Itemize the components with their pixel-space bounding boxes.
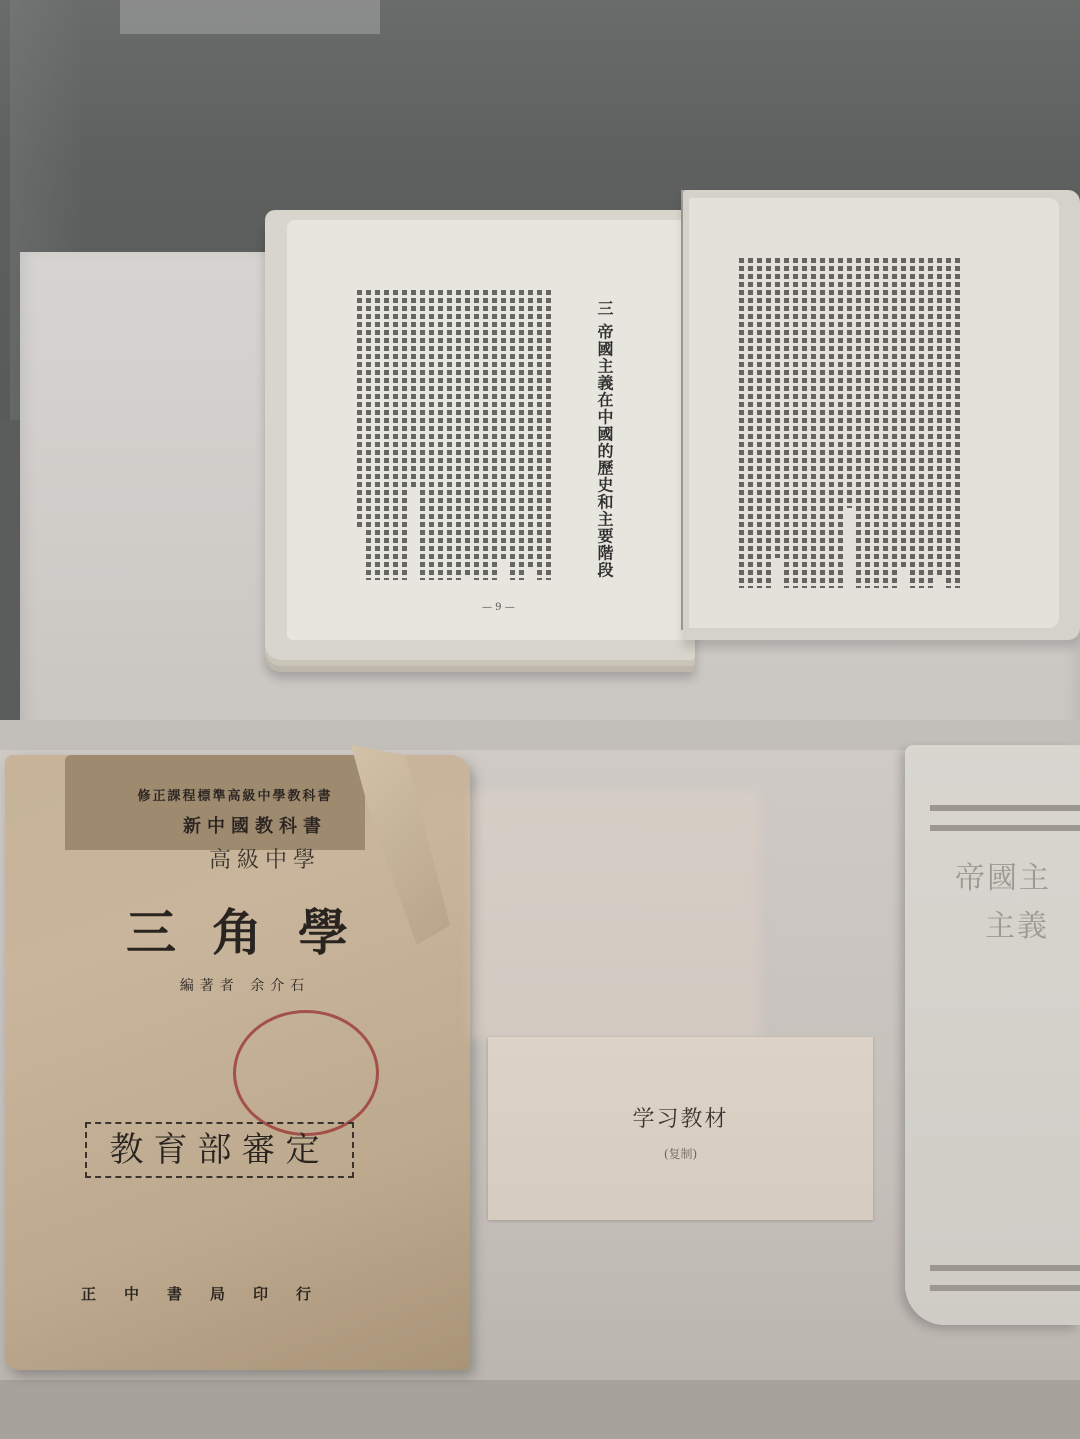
display-case-scene: 三 帝國主義在中國的歷史和主要階段 — 9 — 修正課程標準高級中學教科書 新中… [0, 0, 1080, 1439]
cover-stripe [930, 1285, 1080, 1291]
base-bottom-edge [0, 1380, 1080, 1439]
right-book-title-line1: 帝國主 [955, 855, 1080, 903]
series-line: 修正課程標準高級中學教科書 [105, 785, 365, 804]
exhibit-label-card: 学习教材 (复制) [488, 1037, 873, 1220]
right-book-title: 帝國主 主義 [955, 855, 1080, 951]
open-book: 三 帝國主義在中國的歷史和主要階段 — 9 — [265, 190, 1080, 660]
right-page [689, 198, 1059, 628]
right-book-title-line2: 主義 [955, 903, 1080, 951]
author-line: 編著者 余介石 [145, 975, 345, 995]
left-page: 三 帝國主義在中國的歷史和主要階段 — 9 — [287, 220, 695, 640]
approval-box: 教育部審定 [85, 1122, 354, 1178]
glass-reflection [120, 0, 380, 34]
printer-line: 正中書局印行 [80, 1283, 340, 1304]
cover-stripe [930, 1265, 1080, 1271]
cover-stripe [930, 825, 1080, 831]
right-page-text [739, 258, 960, 588]
book-title: 三角學 [125, 893, 385, 965]
glass-glare [470, 790, 760, 1040]
red-seal-stamp [233, 1010, 379, 1136]
page-number: — 9 — [482, 602, 515, 613]
left-page-stack: 三 帝國主義在中國的歷史和主要階段 — 9 — [265, 210, 695, 660]
label-subtitle: (复制) [488, 1145, 873, 1162]
school-level: 高級中學 [165, 843, 365, 874]
right-partial-book: 帝國主 主義 [905, 745, 1080, 1325]
trigonometry-textbook: 修正課程標準高級中學教科書 新中國教科書 高級中學 三角學 編著者 余介石 教育… [5, 755, 470, 1370]
chapter-heading: 三 帝國主義在中國的歷史和主要階段 [590, 300, 616, 579]
left-page-text [357, 290, 551, 580]
cover-stripe [930, 805, 1080, 811]
label-title: 学习教材 [488, 1102, 873, 1133]
publisher-series: 新中國教科書 [145, 812, 365, 838]
right-page-stack [683, 190, 1080, 640]
